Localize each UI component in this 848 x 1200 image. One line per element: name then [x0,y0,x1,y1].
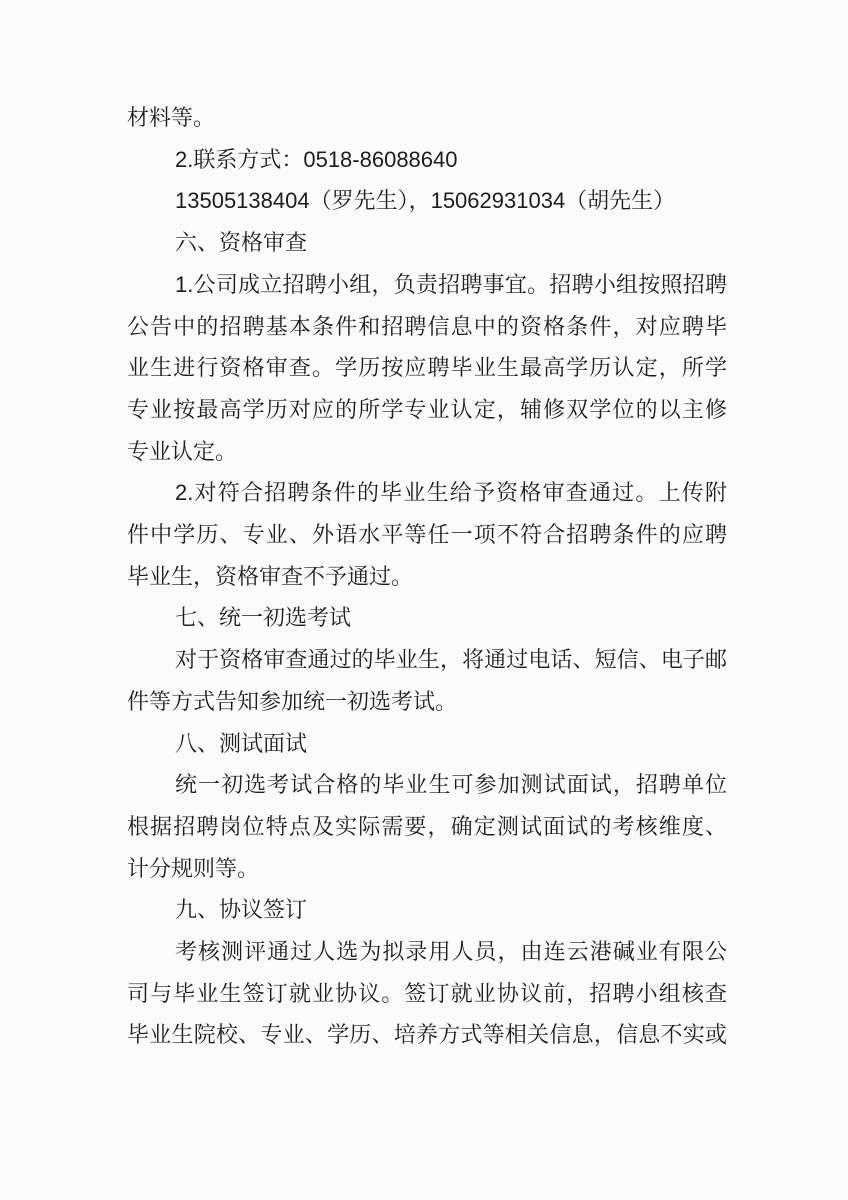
paragraph-line: 考核测评通过人选为拟录用人员，由连云港碱业有限公 [127,931,727,973]
section-heading: 九、协议签订 [127,889,727,931]
paragraph-line: 根据招聘岗位特点及实际需要，确定测试面试的考核维度、 [127,806,727,848]
paragraph-line: 2.联系方式：0518-86088640 [127,139,727,181]
paragraph-line: 1.公司成立招聘小组，负责招聘事宜。招聘小组按照招聘 [127,264,727,306]
document-page: 材料等。2.联系方式：0518-8608864013505138404（罗先生）… [0,0,848,1200]
paragraph-line: 毕业生院校、专业、学历、培养方式等相关信息，信息不实或 [127,1014,727,1056]
paragraph-line: 2.对符合招聘条件的毕业生给予资格审查通过。上传附 [127,472,727,514]
section-heading: 六、资格审查 [127,222,727,264]
document-body: 材料等。2.联系方式：0518-8608864013505138404（罗先生）… [127,97,727,1056]
paragraph-line: 件中学历、专业、外语水平等任一项不符合招聘条件的应聘 [127,514,727,556]
paragraph-line: 件等方式告知参加统一初选考试。 [127,681,727,723]
paragraph-line: 业生进行资格审查。学历按应聘毕业生最高学历认定，所学 [127,347,727,389]
paragraph-line: 统一初选考试合格的毕业生可参加测试面试，招聘单位 [127,764,727,806]
paragraph-line: 专业认定。 [127,431,727,473]
paragraph-line: 毕业生，资格审查不予通过。 [127,556,727,598]
paragraph-line: 13505138404（罗先生），15062931034（胡先生） [127,180,727,222]
section-heading: 八、测试面试 [127,723,727,765]
paragraph-line: 计分规则等。 [127,848,727,890]
paragraph-line: 专业按最高学历对应的所学专业认定，辅修双学位的以主修 [127,389,727,431]
paragraph-line: 材料等。 [127,97,727,139]
paragraph-line: 对于资格审查通过的毕业生，将通过电话、短信、电子邮 [127,639,727,681]
section-heading: 七、统一初选考试 [127,597,727,639]
paragraph-line: 公告中的招聘基本条件和招聘信息中的资格条件，对应聘毕 [127,306,727,348]
paragraph-line: 司与毕业生签订就业协议。签订就业协议前，招聘小组核查 [127,973,727,1015]
